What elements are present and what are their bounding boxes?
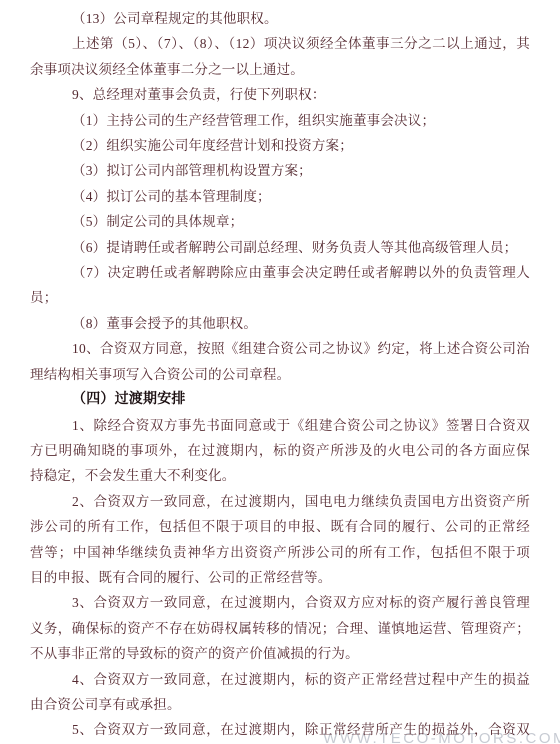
document-line: 3、合资双方一致同意，在过渡期内，合资双方应对标的资产履行善良管理	[30, 590, 530, 615]
document-line: （3）拟订公司内部管理机构设置方案；	[30, 158, 530, 183]
document-page: WWW.TECO-MOTORS.COM （13）公司章程规定的其他职权。上述第（…	[0, 0, 560, 744]
document-line: 9、总经理对董事会负责，行使下列职权：	[30, 82, 530, 107]
document-line: 涉公司的所有工作，包括但不限于项目的申报、既有合同的履行、公司的正常经	[30, 514, 530, 539]
document-body: （13）公司章程规定的其他职权。上述第（5）、（7）、（8）、（12）项决议须经…	[0, 0, 560, 743]
document-line: 理结构相关事项写入合资公司的公司章程。	[30, 362, 530, 387]
document-line: 不从事非正常的导致标的资产的资产价值减损的行为。	[30, 641, 530, 666]
document-line: 员；	[30, 285, 530, 310]
document-line: （13）公司章程规定的其他职权。	[30, 6, 530, 31]
document-line: 由合资公司享有或承担。	[30, 692, 530, 717]
document-line: 上述第（5）、（7）、（8）、（12）项决议须经全体董事三分之二以上通过，其	[30, 31, 530, 56]
document-line: 持稳定，不会发生重大不利变化。	[30, 463, 530, 488]
document-line: （6）提请聘任或者解聘公司副总经理、财务负责人等其他高级管理人员；	[30, 235, 530, 260]
document-line: 余事项决议须经全体董事二分之一以上通过。	[30, 57, 530, 82]
document-line: 10、合资双方同意，按照《组建合资公司之协议》约定，将上述合资公司治	[30, 336, 530, 361]
document-line: （7）决定聘任或者解聘除应由董事会决定聘任或者解聘以外的负责管理人	[30, 260, 530, 285]
section-heading: （四）过渡期安排	[30, 387, 530, 412]
document-line: 2、合资双方一致同意，在过渡期内，国电电力继续负责国电方出资资产所	[30, 489, 530, 514]
document-line: 1、除经合资双方事先书面同意或于《组建合资公司之协议》签署日合资双	[30, 413, 530, 438]
document-line: 方已明确知晓的事项外，在过渡期内，标的资产所涉及的火电公司的各方面应保	[30, 438, 530, 463]
document-line: （1）主持公司的生产经营管理工作，组织实施董事会决议；	[30, 108, 530, 133]
document-line: （4）拟订公司的基本管理制度；	[30, 184, 530, 209]
document-line: 目的申报、既有合同的履行、公司的正常经营等。	[30, 565, 530, 590]
document-line: 义务，确保标的资产不存在妨碍权属转移的情况；合理、谨慎地运营、管理资产；	[30, 616, 530, 641]
document-line: （2）组织实施公司年度经营计划和投资方案；	[30, 133, 530, 158]
document-line: （5）制定公司的具体规章；	[30, 209, 530, 234]
document-line: （8）董事会授予的其他职权。	[30, 311, 530, 336]
document-line: 营等；中国神华继续负责神华方出资资产所涉公司的所有工作，包括但不限于项	[30, 540, 530, 565]
document-line: 4、合资双方一致同意，在过渡期内，标的资产正常经营过程中产生的损益	[30, 667, 530, 692]
document-line: 5、合资双方一致同意，在过渡期内，除正常经营所产生的损益外，合资双	[30, 717, 530, 742]
